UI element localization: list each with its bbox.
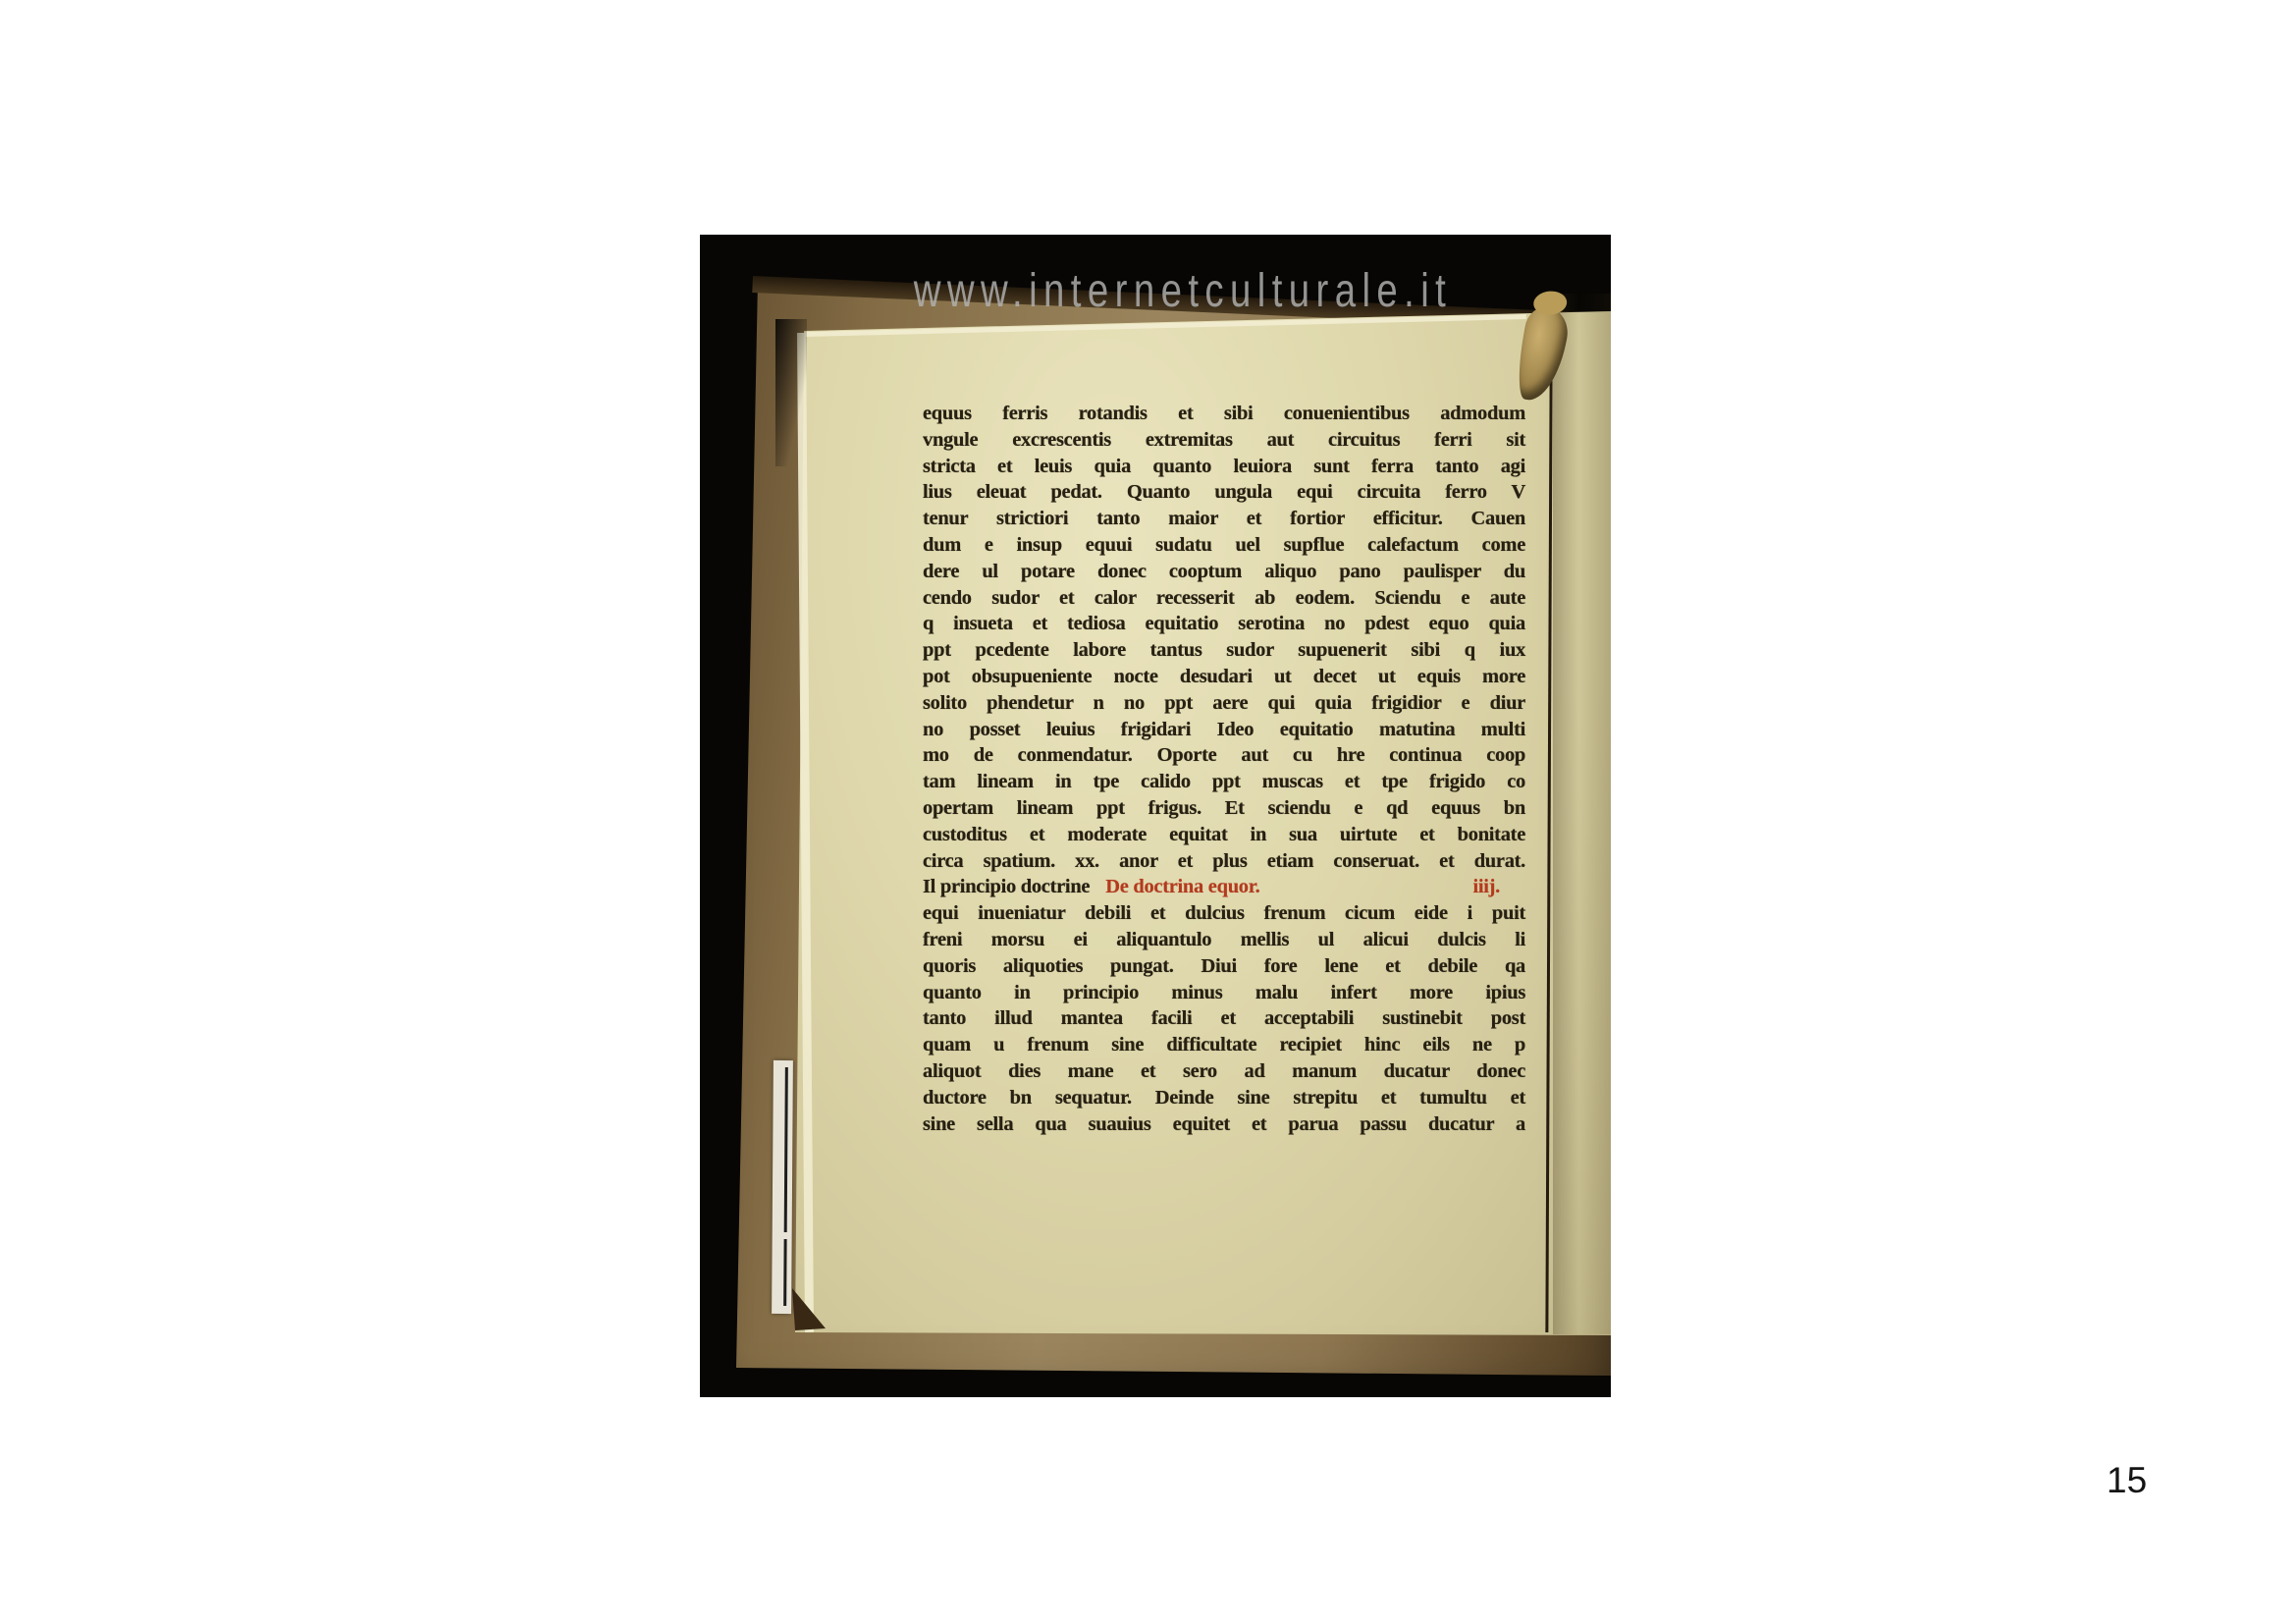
text-line: mo de conmendatur. Oporte aut cu hre con…	[923, 742, 1525, 769]
text-line: solito phendetur n no ppt aere qui quia …	[923, 690, 1525, 717]
rubric-lead-text: Il principio doctrine	[923, 874, 1090, 900]
manuscript-text-block: equus ferris rotandis et sibi conuenient…	[923, 401, 1525, 1137]
text-line: cendo sudor et calor recesserit ab eodem…	[923, 585, 1525, 612]
text-line: freni morsu ei aliquantulo mellis ul ali…	[923, 927, 1525, 953]
text-line: custoditus et moderate equitat in sua ui…	[923, 822, 1525, 848]
text-line: circa spatium. xx. anor et plus etiam co…	[923, 848, 1525, 875]
text-line: quanto in principio minus malu infert mo…	[923, 980, 1525, 1006]
text-line: tam lineam in tpe calido ppt muscas et t…	[923, 769, 1525, 795]
rubric-chapter-number: iiij.	[1472, 874, 1500, 900]
text-line: equi inueniatur debili et dulcius frenum…	[923, 900, 1525, 927]
text-line: quoris aliquoties pungat. Diui fore lene…	[923, 953, 1525, 980]
text-line: tenur strictiori tanto maior et fortior …	[923, 506, 1525, 532]
text-line: ppt pcedente labore tantus sudor supuene…	[923, 637, 1525, 664]
text-line: opertam lineam ppt frigus. Et sciendu e …	[923, 795, 1525, 822]
text-line: pot obsupueniente nocte desudari ut dece…	[923, 664, 1525, 690]
text-line: equus ferris rotandis et sibi conuenient…	[923, 401, 1525, 427]
text-line: sine sella qua suauius equitet et parua …	[923, 1111, 1525, 1138]
text-line: dum e insup equui sudatu uel supflue cal…	[923, 532, 1525, 559]
board-corner-shadow	[775, 319, 807, 466]
bookmark-mark	[783, 1239, 786, 1306]
text-line: tanto illud mantea facili et acceptabili…	[923, 1005, 1525, 1032]
text-line: aliquot dies mane et sero ad manum ducat…	[923, 1058, 1525, 1085]
watermark-text: www.internetculturale.it	[791, 264, 1520, 318]
scan-canvas: equus ferris rotandis et sibi conuenient…	[0, 0, 2296, 1624]
text-line: ductore bn sequatur. Deinde sine strepit…	[923, 1085, 1525, 1111]
rubric-title: De doctrina equor.	[1105, 874, 1259, 900]
bookmark-strip	[772, 1060, 793, 1314]
gutter-shading	[1553, 294, 1611, 1334]
text-line: stricta et leuis quia quanto leuiora sun…	[923, 454, 1525, 480]
text-line: vngule excrescentis extremitas aut circu…	[923, 427, 1525, 454]
page-number: 15	[2107, 1460, 2147, 1501]
text-line: quam u frenum sine difficultate recipiet…	[923, 1032, 1525, 1058]
text-line: dere ul potare donec cooptum aliquo pano…	[923, 559, 1525, 585]
text-line: q insueta et tediosa equitatio serotina …	[923, 611, 1525, 637]
text-line: no posset leuius frigidari Ideo equitati…	[923, 717, 1525, 743]
rubric-line: Il principio doctrineDe doctrina equor.i…	[923, 874, 1525, 900]
bookmark-mark	[784, 1067, 788, 1232]
text-line: lius eleuat pedat. Quanto ungula equi ci…	[923, 479, 1525, 506]
manuscript-photo: equus ferris rotandis et sibi conuenient…	[700, 235, 1611, 1397]
